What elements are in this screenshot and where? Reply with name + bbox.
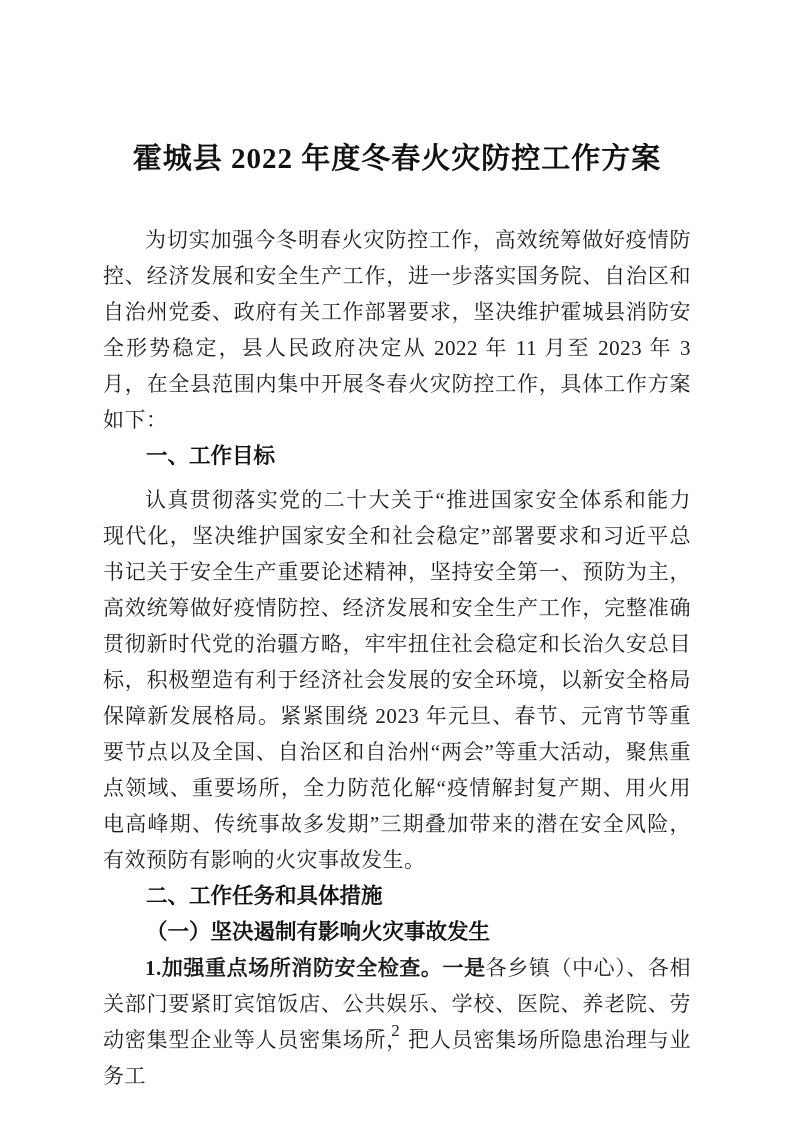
section-1-heading: 一、工作目标 — [103, 438, 691, 474]
section-2-subheading: （一）坚决遏制有影响火灾事故发生 — [103, 914, 691, 950]
section-1-body-paragraph: 认真贯彻落实党的二十大关于“推进国家安全体系和能力现代化，坚决维护国家安全和社会… — [103, 482, 691, 878]
document-title: 霍城县 2022 年度冬春火灾防控工作方案 — [103, 136, 691, 182]
page-number: － 2 － — [0, 1018, 793, 1044]
item-1-bold-lead: 1.加强重点场所消防安全检查。一是 — [145, 956, 486, 980]
document-page: 霍城县 2022 年度冬春火灾防控工作方案 为切实加强今冬明春火灾防控工作，高效… — [0, 0, 793, 1122]
intro-paragraph: 为切实加强今冬明春火灾防控工作，高效统筹做好疫情防控、经济发展和安全生产工作，进… — [103, 222, 691, 438]
section-2-heading: 二、工作任务和具体措施 — [103, 878, 691, 914]
